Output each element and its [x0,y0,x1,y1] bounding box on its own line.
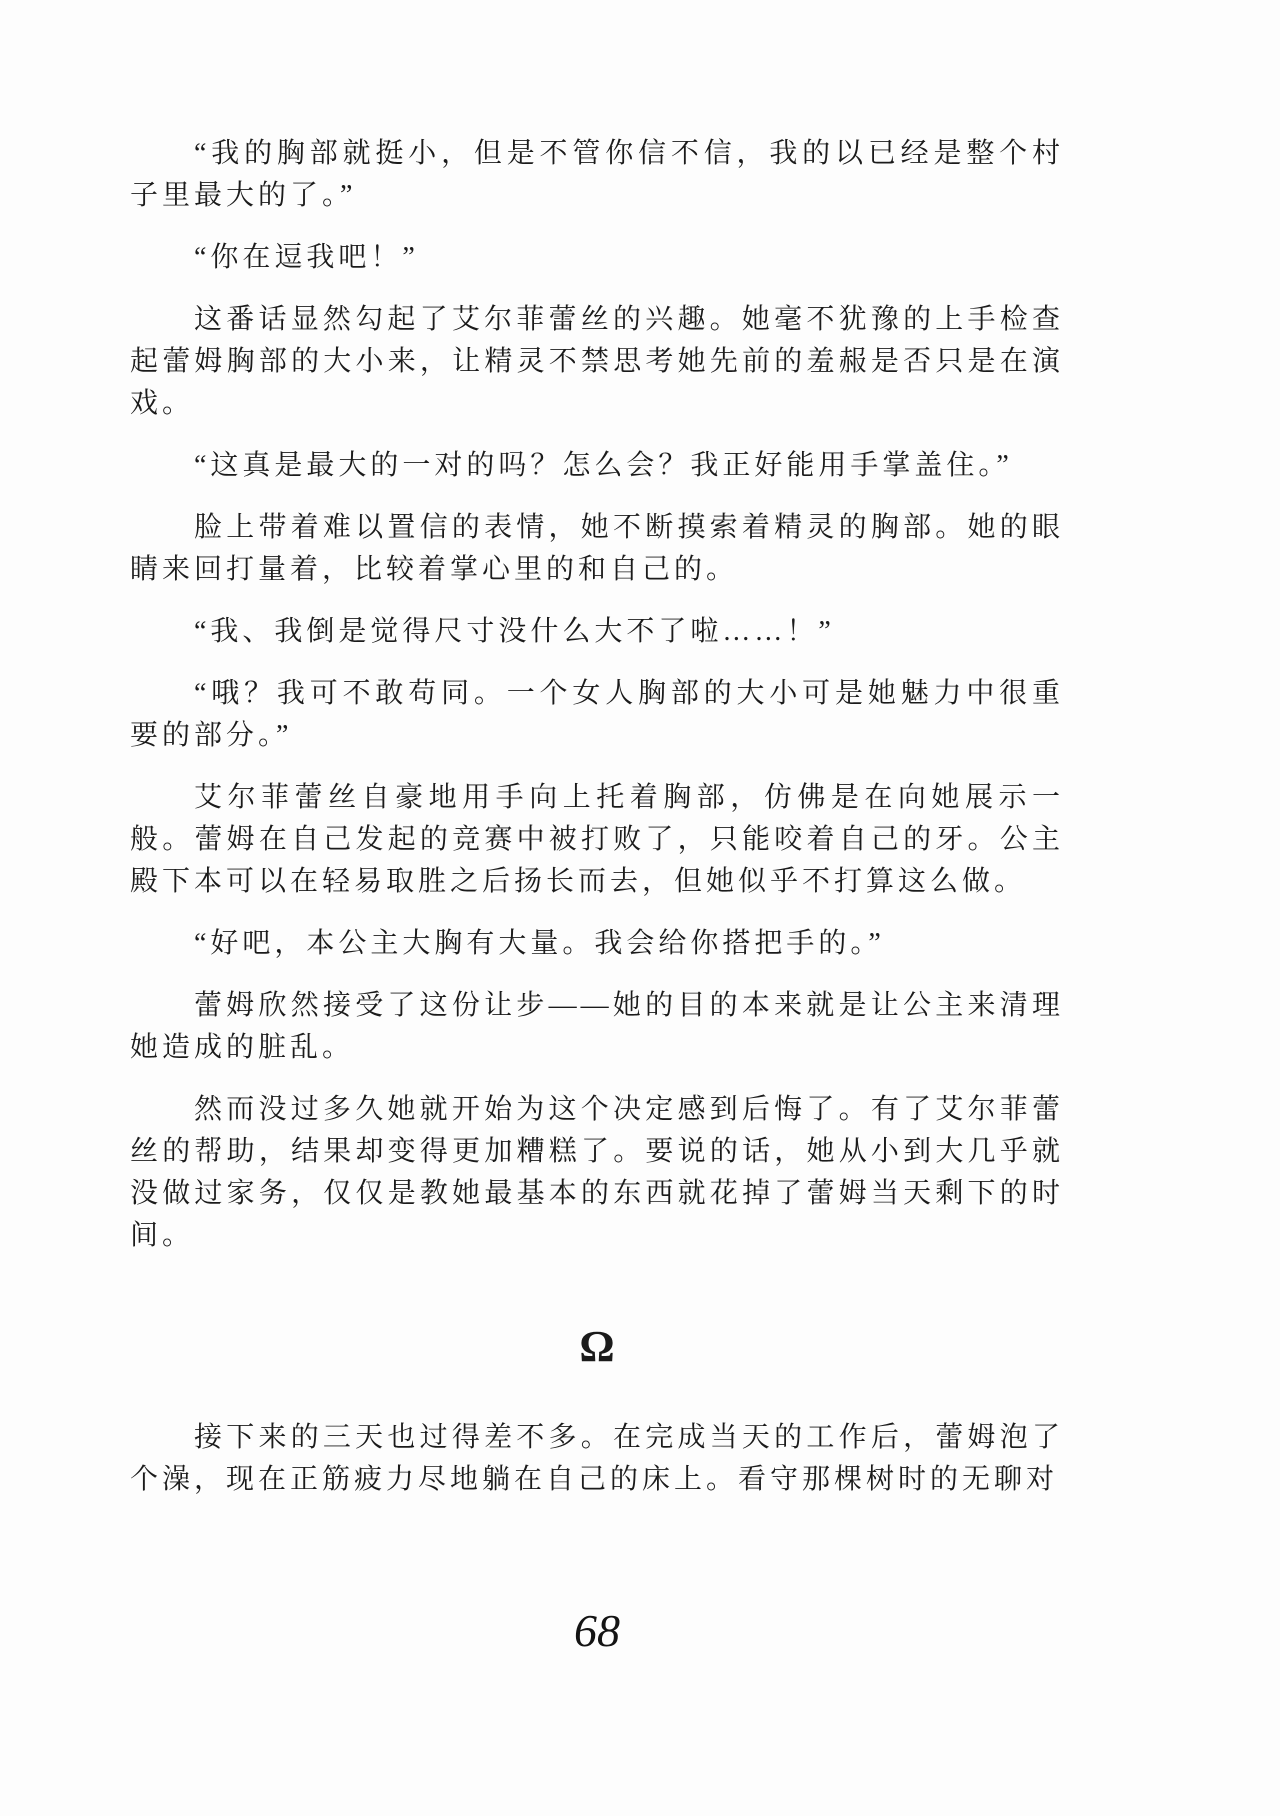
paragraph: “好吧，本公主大胸有大量。我会给你搭把手的。” [130,923,1064,965]
paragraph: “我的胸部就挺小，但是不管你信不信，我的以已经是整个村子里最大的了。” [130,133,1064,217]
paragraph: “我、我倒是觉得尺寸没什么大不了啦……！” [130,611,1064,653]
page-number: 68 [130,1601,1064,1661]
paragraph: “这真是最大的一对的吗？怎么会？我正好能用手掌盖住。” [130,445,1064,487]
paragraph: “哦？我可不敢苟同。一个女人胸部的大小可是她魅力中很重要的部分。” [130,673,1064,757]
paragraph: 然而没过多久她就开始为这个决定感到后悔了。有了艾尔菲蕾丝的帮助，结果却变得更加糟… [130,1089,1064,1257]
paragraph: 蕾姆欣然接受了这份让步——她的目的本来就是让公主来清理她造成的脏乱。 [130,985,1064,1069]
book-page: “我的胸部就挺小，但是不管你信不信，我的以已经是整个村子里最大的了。” “你在逗… [0,0,1280,1816]
paragraph: 艾尔菲蕾丝自豪地用手向上托着胸部，仿佛是在向她展示一般。蕾姆在自己发起的竞赛中被… [130,777,1064,903]
paragraph: “你在逗我吧！” [130,237,1064,279]
page-text-column: “我的胸部就挺小，但是不管你信不信，我的以已经是整个村子里最大的了。” “你在逗… [130,0,1064,1661]
paragraph: 接下来的三天也过得差不多。在完成当天的工作后，蕾姆泡了个澡，现在正筋疲力尽地躺在… [130,1417,1064,1501]
paragraph: 这番话显然勾起了艾尔菲蕾丝的兴趣。她毫不犹豫的上手检查起蕾姆胸部的大小来，让精灵… [130,299,1064,425]
section-divider-omega: Ω [130,1317,1064,1377]
paragraph: 脸上带着难以置信的表情，她不断摸索着精灵的胸部。她的眼睛来回打量着，比较着掌心里… [130,507,1064,591]
